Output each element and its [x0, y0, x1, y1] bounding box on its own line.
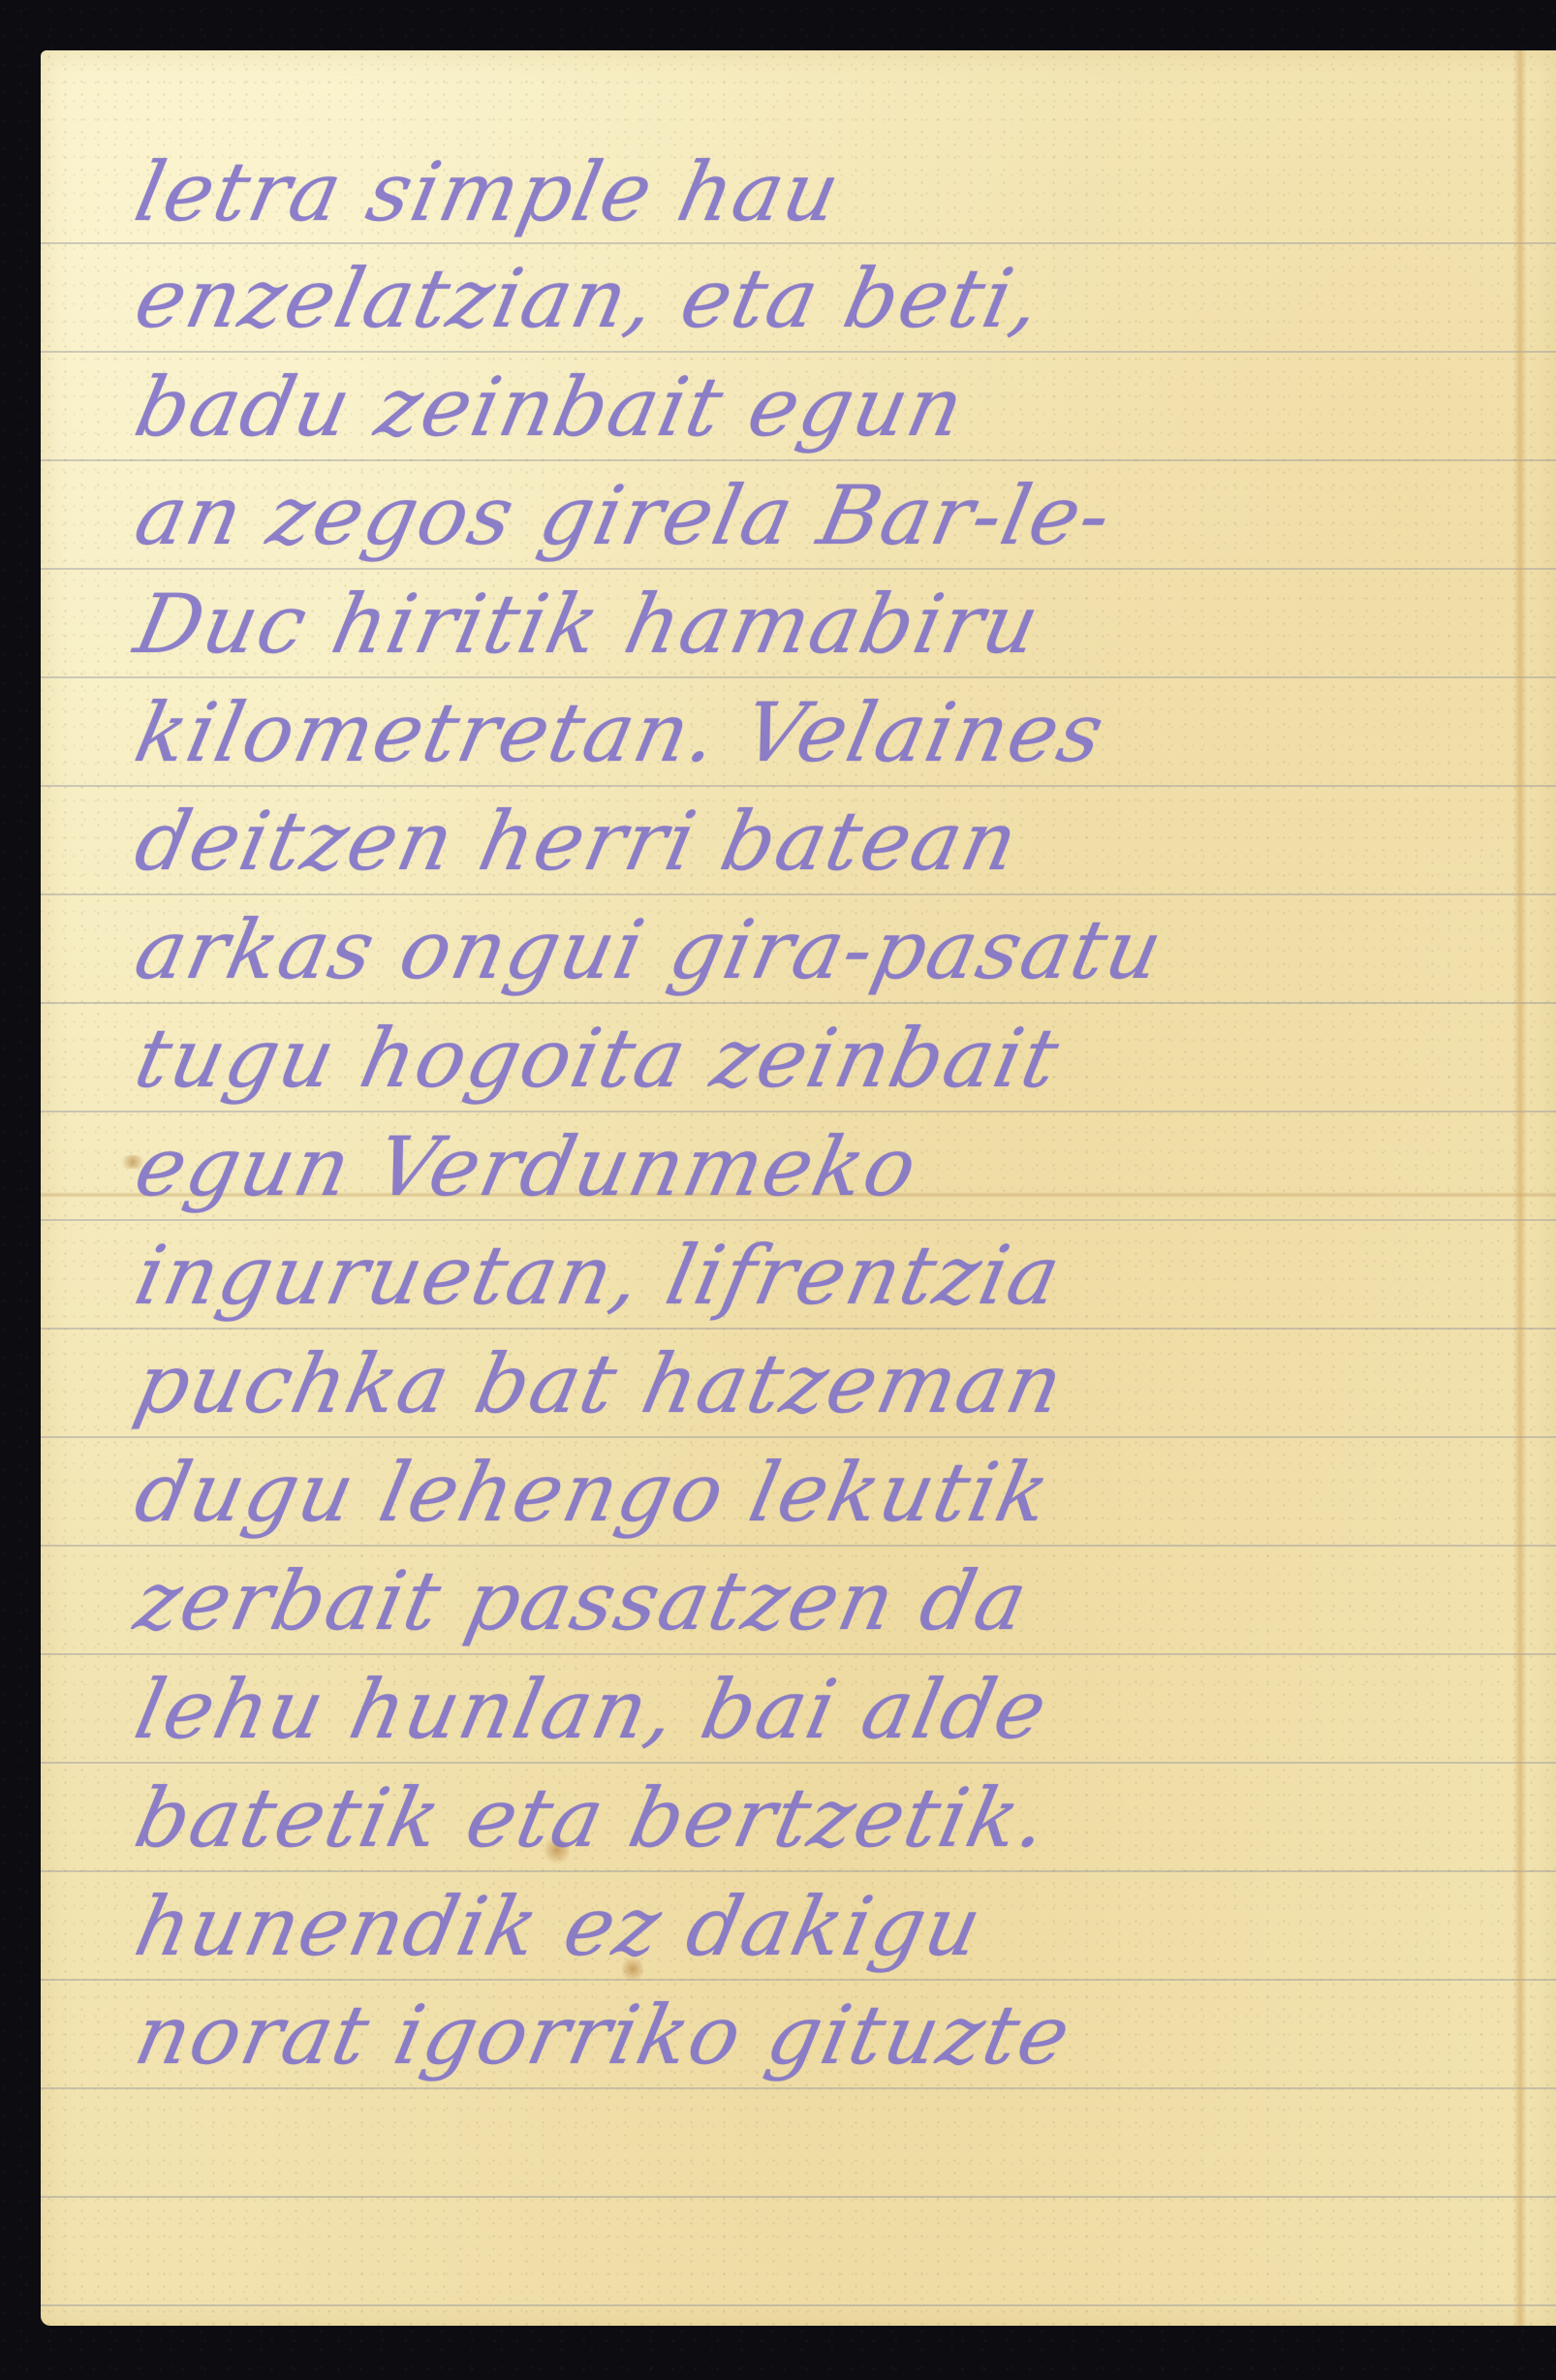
- letter-page: letra simple hau enzelatzian, eta beti, …: [41, 50, 1556, 2326]
- handwritten-text: letra simple hau enzelatzian, eta beti, …: [41, 50, 1556, 2326]
- handwritten-line: zerbait passatzen da: [126, 1547, 1039, 1655]
- handwritten-line: letra simple hau: [126, 138, 851, 246]
- handwritten-line: puchka bat hatzeman: [126, 1330, 1074, 1438]
- handwritten-line: Duc hiritik hamabiru: [126, 570, 1050, 678]
- handwritten-line: batetik eta bertzetik.: [126, 1764, 1059, 1872]
- handwritten-line: egun Verdunmeko: [126, 1112, 928, 1221]
- handwritten-line: tugu hogoita zeinbait: [126, 1004, 1070, 1112]
- handwritten-line: deitzen herri batean: [126, 787, 1029, 895]
- handwritten-line: enzelatzian, eta beti,: [126, 244, 1052, 353]
- handwritten-line: hunendik ez dakigu: [126, 1872, 992, 1981]
- handwritten-line: an zegos girela Bar-le-: [126, 461, 1122, 570]
- handwritten-line: dugu lehengo lekutik: [126, 1438, 1061, 1547]
- handwritten-line: norat igorriko gituzte: [126, 1981, 1081, 2089]
- handwritten-line: lehu hunlan, bai alde: [126, 1655, 1058, 1764]
- handwritten-line: badu zeinbait egun: [126, 353, 975, 461]
- handwritten-line: inguruetan, lifrentzia: [126, 1221, 1072, 1330]
- handwritten-line: arkas ongui gira-pasatu: [126, 895, 1173, 1004]
- handwritten-line: kilometretan. Velaines: [126, 678, 1115, 787]
